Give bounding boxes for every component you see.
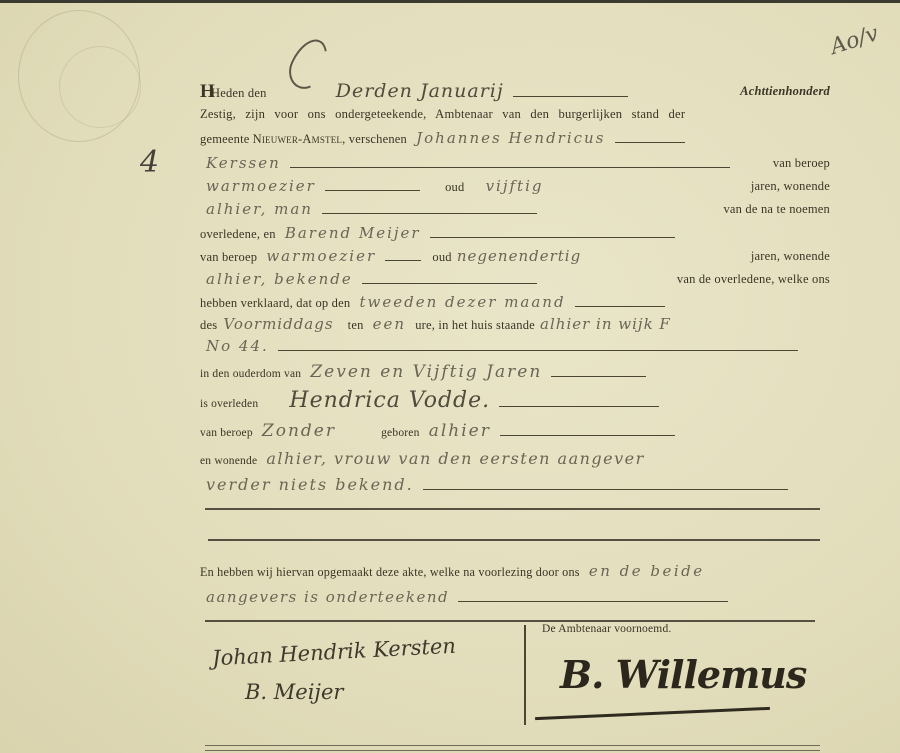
- blank-rule-1: [205, 508, 820, 510]
- handwritten-death-date: tweeden dezer maand: [353, 293, 571, 311]
- signature-declarant-1: Johan Hendrik Kersten: [212, 634, 457, 671]
- handwritten-closing-2: aangevers is onderteekend: [200, 588, 455, 606]
- printed-text: Heden den: [211, 86, 267, 100]
- embossed-seal: [18, 10, 140, 142]
- printed-text: van beroep: [200, 250, 257, 264]
- printed-text: overledene, en: [200, 227, 276, 241]
- fill-line: [430, 223, 675, 238]
- form-line-intro: Zestig, zijn voor ons ondergeteekende, A…: [200, 101, 830, 127]
- handwritten-time-of-day: Voormiddags: [220, 315, 336, 333]
- printed-text: ure, in het huis staande: [415, 318, 535, 332]
- fill-line: [499, 392, 659, 407]
- handwritten-date: Derden Januarij: [330, 80, 510, 102]
- fill-line: [278, 336, 798, 351]
- printed-text: in den ouderdom van: [200, 368, 301, 380]
- fill-line: [513, 82, 628, 97]
- handwritten-hour: een: [367, 315, 412, 333]
- handwritten-age: negenendertig: [455, 247, 583, 265]
- official-label: De Ambtenaar voornoemd.: [542, 623, 671, 635]
- fill-line: [575, 292, 665, 307]
- signature-official: B. Willemus: [560, 652, 806, 697]
- fill-line: [500, 421, 675, 436]
- signature-divider: [524, 625, 526, 725]
- printed-text: En hebben wij hiervan opgemaakt deze akt…: [200, 565, 580, 579]
- printed-municipality: Nieuwer-Amstel: [253, 132, 343, 146]
- fill-line: [423, 475, 788, 490]
- form-line-municipality: gemeente Nieuwer-Amstel, verschenen Joha…: [200, 125, 830, 151]
- printed-text: is overleden: [200, 398, 258, 410]
- handwritten-age: vijftig: [480, 177, 550, 195]
- printed-text: oud: [445, 180, 464, 194]
- form-line-age: in den ouderdom van Zeven en Vijftig Jar…: [200, 359, 830, 385]
- margin-number: 4: [140, 145, 159, 180]
- printed-text: van de na te noemen: [723, 196, 830, 222]
- fill-line: [322, 199, 537, 214]
- bottom-double-rule: [205, 745, 820, 751]
- folio-mark: Ao/v: [827, 21, 881, 60]
- official-label-line: De Ambtenaar voornoemd.: [542, 616, 742, 642]
- fill-line: [385, 246, 421, 261]
- form-line-residence-deceased: en wonende alhier, vrouw van den eersten…: [200, 446, 830, 472]
- handwritten-residence: alhier, vrouw van den eersten aangever: [260, 449, 650, 468]
- handwritten-occupation: warmoezier: [260, 247, 382, 265]
- fill-line: [325, 176, 420, 191]
- signature-underline: [535, 707, 770, 720]
- printed-text: , verschenen: [342, 132, 407, 146]
- form-line-closing: En hebben wij hiervan opgemaakt deze akt…: [200, 558, 840, 584]
- handwritten-birthplace: alhier: [423, 421, 497, 441]
- signature-declarant-2: B. Meijer: [245, 680, 343, 704]
- printed-text: en wonende: [200, 455, 257, 467]
- handwritten-deceased-age: Zeven en Vijftig Jaren: [304, 362, 548, 382]
- printed-text: van beroep: [200, 427, 253, 439]
- form-line-deceased: is overleden Hendrica Vodde.: [200, 388, 830, 414]
- fill-line: [362, 269, 537, 284]
- fill-line: [551, 362, 646, 377]
- handwritten-declarant-1-surname: Kerssen: [200, 154, 287, 172]
- handwritten-remarks: verder niets bekend.: [200, 475, 420, 494]
- printed-text: des: [200, 318, 217, 332]
- handwritten-deceased-name: Hendrica Vodde.: [283, 388, 496, 413]
- handwritten-occupation: Zonder: [256, 421, 342, 441]
- handwritten-address: alhier in wijk F: [538, 315, 673, 333]
- handwritten-closing: en de beide: [583, 562, 711, 580]
- fill-line: [290, 153, 730, 168]
- handwritten-house-number: No 44.: [200, 337, 275, 355]
- form-line-residence-1: alhier, man van de na te noemen: [200, 196, 830, 222]
- handwritten-residence: alhier, man: [200, 200, 319, 218]
- blank-rule-2: [208, 539, 820, 541]
- scan-top-edge: [0, 0, 900, 3]
- printed-text: oud: [432, 250, 451, 264]
- printed-text: ten: [348, 318, 364, 332]
- handwritten-occupation: warmoezier: [200, 177, 322, 195]
- printed-text: geboren: [381, 427, 419, 439]
- form-line-remarks: verder niets bekend.: [200, 472, 830, 498]
- fill-line: [458, 587, 728, 602]
- form-line-occupation-birthplace: van beroep Zonder geboren alhier: [200, 418, 830, 444]
- printed-text: gemeente: [200, 132, 250, 146]
- handwritten-declarant-2-name: Barend Meijer: [279, 224, 427, 242]
- printed-text: Zestig, zijn voor ons ondergeteekende, A…: [200, 107, 685, 121]
- embossed-seal-inner: [59, 46, 141, 128]
- fill-line: [615, 128, 685, 143]
- handwritten-relation: alhier, bekende: [200, 270, 359, 288]
- form-line-house-number: No 44.: [200, 333, 830, 359]
- printed-text: hebben verklaard, dat op den: [200, 296, 350, 310]
- handwritten-declarant-1-name: Johannes Hendricus: [410, 129, 611, 147]
- form-line-closing-2: aangevers is onderteekend: [200, 584, 830, 610]
